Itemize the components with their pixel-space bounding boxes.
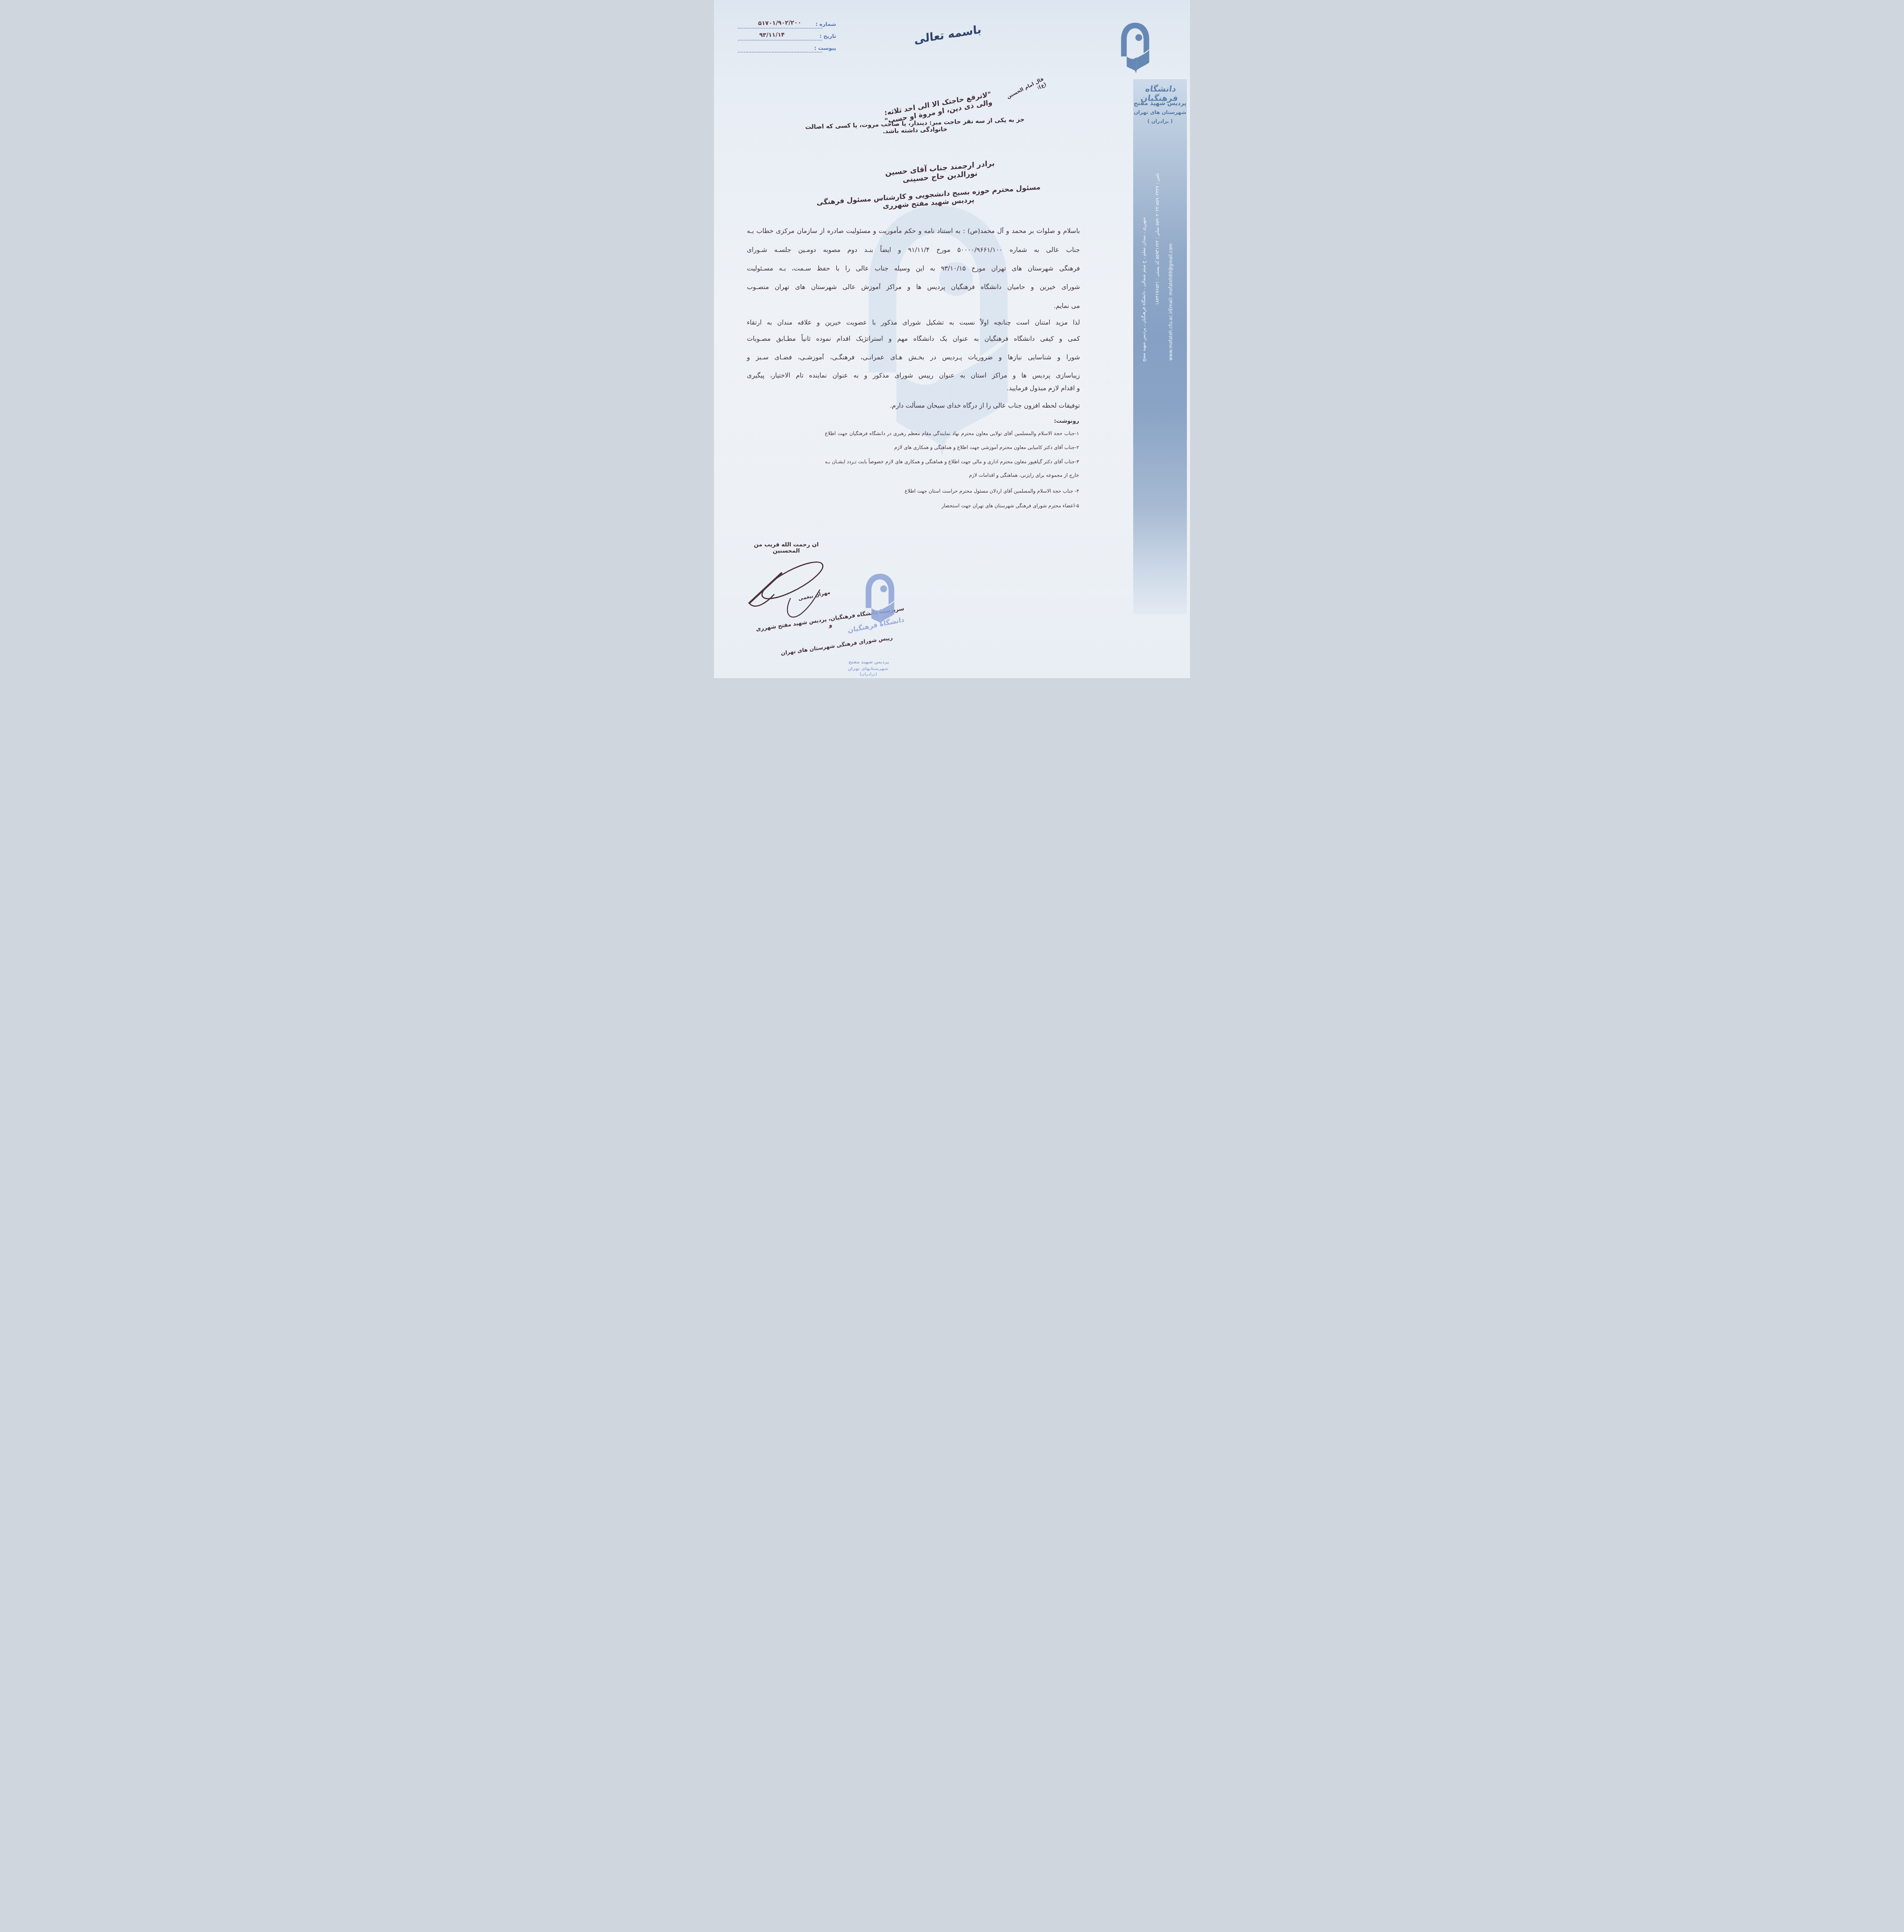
sidebar-website: www.mofateh.cfu.ac.ir <box>1168 311 1173 361</box>
body-line: توفیقات لحظه افزون جناب عالی را از درگاه… <box>747 401 1080 410</box>
body-line: جناب عالی به شماره ۵۰۰۰۰/۹۶۶۱/۱۰۰ مورخ ۹… <box>747 245 1080 255</box>
university-logo-icon <box>1115 11 1155 81</box>
letterhead-campus: پردیس شهید مفتح <box>1133 100 1187 107</box>
letterhead-region: شهرستان های تهران <box>1133 110 1187 116</box>
cc-item: ۲-جناب آقای دکتر کامیابی معاون محترم آمو… <box>825 444 1079 451</box>
sidebar-web-email: Email: mofateh89@gmail.com www.mofateh.c… <box>1168 243 1173 354</box>
body-line: کمی و کیفی دانشگاه فرهنگیان به عنوان یک … <box>747 334 1080 344</box>
cc-label: رونوشت: <box>1054 418 1079 424</box>
cc-item: ۳-جناب آقای دکتر گیاهپور معاون محترم ادا… <box>825 458 1079 465</box>
signature <box>744 553 833 624</box>
body-line: باسلام و صلوات بر محمد و آل محمد(ص) : به… <box>747 226 1080 236</box>
cc-item: خارج از مجموعه برای رایزنی، هماهنگی و اق… <box>825 472 1079 479</box>
scanned-letter-page: شماره : ۵۱۷۰۱/۹۰۲/۲۰۰ تاریخ : ۹۳/۱۱/۱۴ پ… <box>714 0 1190 678</box>
field-date-value: ۹۳/۱۱/۱۴ <box>745 31 799 39</box>
letterhead-branch: ( برادران ) <box>1133 118 1187 124</box>
cc-item: ۱-جناب حجة الاسلام والمسلمین آقای تولایی… <box>825 430 1079 437</box>
stamp-line2: شهرستانهای تهران <box>844 666 892 671</box>
sidebar-address: شهرری ، میدان معلم ، خ میثم شمالی ، دانش… <box>1141 217 1146 522</box>
cc-item: ۴- جناب حجة الاسلام والمسلمین آقای اردلا… <box>825 488 1079 495</box>
signature-role-2: رییس شورای فرهنگی شهرستان های تهران <box>768 633 906 658</box>
stamp-line1: پردیس شهید مفتح <box>845 659 893 665</box>
body-line: شورای خیرین و حامیان دانشگاه فرهنگیان پر… <box>747 282 1080 292</box>
body-line: زیباسازی پردیس ها و مراکز استان به عنوان… <box>747 371 1080 380</box>
body-line: لذا مزید امتنان است چنانچه اولاً نسبت به… <box>747 318 1080 327</box>
sidebar-email: Email: mofateh89@gmail.com <box>1168 243 1173 311</box>
body-line: فرهنگی شهرستان های تهران مورخ ۹۳/۱۰/۱۵ ب… <box>747 264 1080 273</box>
field-attachment-line <box>738 46 822 53</box>
sidebar-phone: تلفن : ۵۵۹۰۲۲۴۷-۵۵۹۰۴۰۲۲ نمابر : ۵۵۹۳۱۶۴… <box>1154 173 1160 527</box>
hadith-attribution: قال امام الحسین (ع): <box>1001 76 1047 107</box>
body-line: می نمایم. <box>747 301 1080 311</box>
body-line: شورا و شناسایی نیازها و ضروریات پـردیس د… <box>747 353 1080 362</box>
body-line: و اقدام لازم مبذول فرمایید. <box>747 384 1080 393</box>
basmala: باسمه تعالی <box>913 22 983 46</box>
cc-item: ۵-اعضاء محترم شورای فرهنگی شهرستان های ت… <box>825 502 1079 509</box>
field-number-value: ۵۱۷۰۱/۹۰۲/۲۰۰ <box>741 19 818 27</box>
stamp-line3: (برادران) <box>850 672 887 677</box>
